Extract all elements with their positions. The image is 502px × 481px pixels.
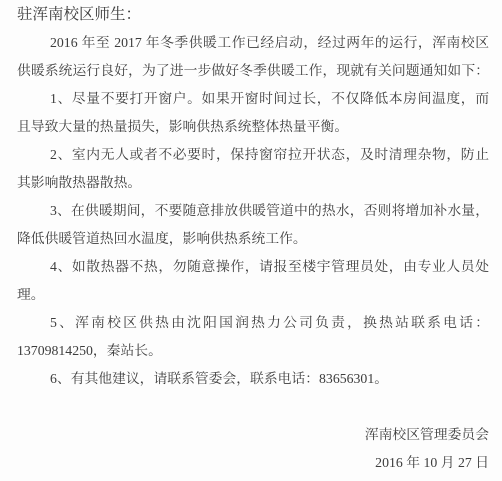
blank-line	[17, 393, 489, 421]
signature: 浑南校区管理委员会	[17, 421, 489, 449]
item-3-line-1: 3、在供暖期间，不要随意排放供暖管道中的热水，否则将增加补水量，	[17, 197, 489, 225]
item-1-line-2: 且导致大量的热量损失，影响供热系统整体热量平衡。	[17, 113, 489, 141]
salutation: 驻浑南校区师生：	[17, 1, 489, 29]
item-5-line-1: 5、浑南校区供热由沈阳国润热力公司负责，换热站联系电话：	[17, 309, 489, 337]
item-6-line-1: 6、有其他建议，请联系管委会，联系电话：83656301。	[17, 365, 489, 393]
notice-document: 驻浑南校区师生： 2016 年至 2017 年冬季供暖工作已经启动，经过两年的运…	[0, 0, 502, 481]
page: { "page": { "background_color": "#fdfdfd…	[0, 0, 502, 481]
item-5-line-2: 13709814250，秦站长。	[17, 337, 489, 365]
intro-line-1: 2016 年至 2017 年冬季供暖工作已经启动，经过两年的运行，浑南校区	[17, 29, 489, 57]
date: 2016 年 10 月 27 日	[17, 449, 489, 477]
item-1-line-1: 1、尽量不要打开窗户。如果开窗时间过长，不仅降低本房间温度，而	[17, 85, 489, 113]
intro-line-2: 供暖系统运行良好，为了进一步做好冬季供暖工作，现就有关问题通知如下：	[17, 57, 489, 85]
item-3-line-2: 降低供暖管道热回水温度，影响供热系统工作。	[17, 225, 489, 253]
item-2-line-2: 其影响散热器散热。	[17, 169, 489, 197]
item-4-line-2: 理。	[17, 281, 489, 309]
item-2-line-1: 2、室内无人或者不必要时，保持窗帘拉开状态，及时清理杂物，防止	[17, 141, 489, 169]
item-4-line-1: 4、如散热器不热，勿随意操作，请报至楼宇管理员处，由专业人员处	[17, 253, 489, 281]
